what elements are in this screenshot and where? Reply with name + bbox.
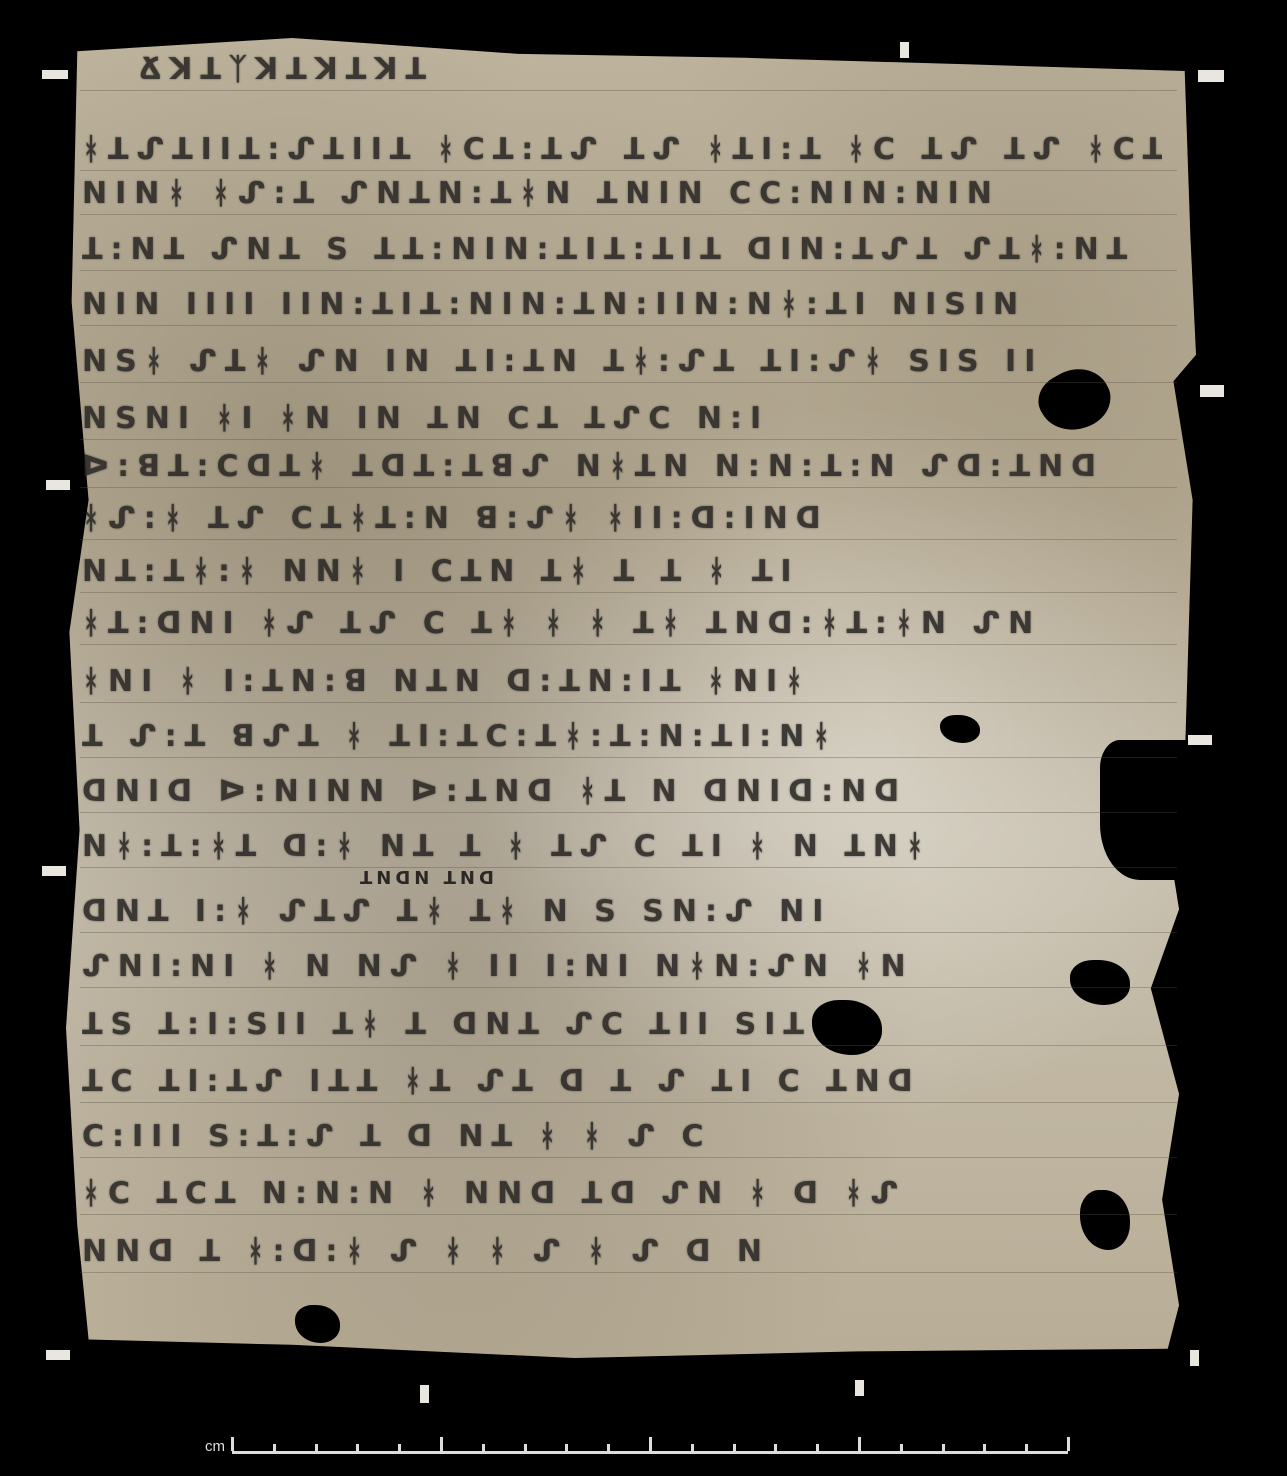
ruled-line — [80, 1214, 1177, 1215]
ruled-line — [80, 1102, 1177, 1103]
ruled-line — [80, 170, 1177, 171]
scale-tick — [356, 1444, 359, 1451]
manuscript-line: ꓠᚼ:ꓕ:ᚼꓕ ᗡ:ᚼ ꓠꓕ ꓕ ᚼ ꓕᔑ ꓚ ꓕꓲ ᚼ ꓠ ꓕꓠᚼ — [82, 829, 1162, 869]
tape-tab — [42, 866, 66, 876]
ruled-line — [80, 382, 1177, 383]
ruled-line — [80, 90, 1177, 91]
ruled-line — [80, 325, 1177, 326]
manuscript-line: ᚼꓠꓲ ᚼ ꓲ:ꓕꓠ:ꓭ ꓠꓕꓠ ᗡ:ꓕꓠ:ꓲꓕ ᚼꓠꓲᚼ — [82, 664, 1162, 704]
manuscript-line: ꓠꓲꓠ ꓲꓲꓲꓲ ꓲꓲꓠ:ꓕꓲꓕ:ꓠꓲꓠ:ꓕꓠ:ꓲꓲꓠ:ꓠᚼ:ꓕꓲ ꓠꓲꓢꓲꓠ — [82, 287, 1162, 327]
scale-tick — [942, 1444, 945, 1451]
manuscript-line: ꓚ:ꓲꓲꓲ ꓢ:ꓕ:ᔑ ꓕ ᗡ ꓠꓕ ᚼ ᚼ ᔑ ꓚ — [82, 1119, 1162, 1159]
scale-tick — [524, 1444, 527, 1451]
ruled-line — [80, 592, 1177, 593]
ruled-line — [80, 439, 1177, 440]
scale-tick — [649, 1437, 652, 1451]
tape-tab — [1188, 735, 1212, 745]
manuscript-line: ꓕꓢ ꓕ:ꓲ:ꓢꓲꓲ ꓕᚼ ꓕ ᗡꓠꓕ ᔑꓚ ꓕꓲꓲ ꓢꓲꓕ ꓕ — [82, 1007, 1162, 1047]
tape-tab — [420, 1385, 429, 1403]
manuscript-line: ꓠꓠᗡ ꓕ ᚼ:ᗡ:ᚼ ᔑ ᚼ ᚼ ᔑ ᚼ ᔑ ᗡ ꓠ — [82, 1234, 1162, 1274]
scale-tick — [733, 1444, 736, 1451]
tape-tab — [1200, 385, 1224, 397]
ruled-line — [80, 270, 1177, 271]
scale-tick — [691, 1444, 694, 1451]
damage-hole — [1100, 740, 1200, 880]
ruled-line — [80, 932, 1177, 933]
ruled-line — [80, 539, 1177, 540]
manuscript-line: ꓠꓢꓠꓲ ᚼꓲ ᚼꓠ ꓲꓠ ꓕꓠ ꓚꓕ ꓕᔑꓚ ꓠ:ꓲ — [82, 401, 1162, 441]
tape-tab — [1198, 70, 1224, 82]
tape-tab — [42, 70, 68, 79]
tape-tab — [900, 42, 909, 58]
scale-tick — [440, 1437, 443, 1451]
scale-bar — [232, 1437, 1068, 1454]
manuscript-line: ᚼᔑ:ᚼ ꓕᔑ ꓚꓕᚼꓕ:ꓠ ꓭ:ᔑᚼ ᚼꓲꓲ:ᗡ:ꓲꓠᗡ — [82, 501, 1162, 541]
manuscript-line: ꓕ:ꓠꓕ ᔑꓠꓕ ꓢ ꓕꓕ:ꓠꓲꓠ:ꓕꓲꓕ:ꓕꓲꓕ ᗡꓲꓠ:ꓕᔑꓕ ᔑꓕᚼ:ꓠꓕ — [82, 232, 1162, 272]
ruled-line — [80, 1045, 1177, 1046]
scale-tick — [774, 1444, 777, 1451]
ruled-line — [80, 1157, 1177, 1158]
scale-tick — [1025, 1444, 1028, 1451]
tape-tab — [1190, 1350, 1199, 1366]
scale-tick — [482, 1444, 485, 1451]
interlinear-note: ꓕꓠᗡꓠ ꓕꓠᗡ — [360, 868, 498, 889]
tape-tab — [855, 1380, 864, 1396]
manuscript-line: ᐅ:ꓭꓕ:ꓚᗡꓕᚼ ꓕᗡꓕ:ꓕꓭᔑ ꓠᚼꓕꓠ ꓠ:ꓠ:ꓕ:ꓠ ᔑᗡ:ꓕꓠᗡ — [82, 449, 1162, 489]
manuscript-line: Ճꓘꓕᛉꓘꓕꓘꓕꓘꓕ — [140, 52, 540, 92]
scale-tick — [231, 1437, 234, 1451]
ruled-line — [80, 702, 1177, 703]
ruled-line — [80, 867, 1177, 868]
scale-tick — [858, 1437, 861, 1451]
manuscript-line: ᚼꓕ:ᗡꓠꓲ ᚼᔑ ꓕᔑ ꓚ ꓕᚼ ᚼ ᚼ ꓕᚼ ꓕꓠᗡ:ᚼꓕ:ᚼꓠ ᔑꓠ — [82, 606, 1162, 646]
ruled-line — [80, 487, 1177, 488]
ruled-line — [80, 987, 1177, 988]
scale-tick — [565, 1444, 568, 1451]
ruled-line — [80, 644, 1177, 645]
manuscript-line: ꓠꓢᚼ ᔑꓕᚼ ᔑꓠ ꓲꓠ ꓕꓲ:ꓕꓠ ꓕᚼ:ᔑꓕ ꓕꓲ:ᔑᚼ ꓢꓲꓢ ꓲꓲ — [82, 344, 1162, 384]
scale-tick — [398, 1444, 401, 1451]
manuscript-line: ᔑꓠꓲ:ꓠꓲ ᚼ ꓠ ꓠᔑ ᚼ ꓲꓲ ꓲ:ꓠꓲ ꓠᚼꓠ:ᔑꓠ ᚼꓠ — [82, 949, 1162, 989]
manuscript-line: ꓕ ᔑ:ꓕ ꓭᔑꓕ ᚼ ꓕꓲ:ꓕꓚ:ꓕᚼ:ꓕ:ꓠ:ꓕꓲ:ꓠᚼ — [82, 719, 1162, 759]
manuscript-line: ᚼꓕᔑꓕꓲꓲꓕ:ᔑꓕꓲꓲꓕ ᚼꓚꓕ:ꓕᔑ ꓕᔑ ᚼꓕꓲ:ꓕ ᚼꓚ ꓕᔑ ꓕᔑ ᚼ… — [82, 132, 1162, 172]
manuscript-line: ꓠꓲꓠᚼ ᚼᔑ:ꓕ ᔑꓠꓕꓠ:ꓕᚼꓠ ꓕꓠꓲꓠ ꓚꓚ:ꓠꓲꓠ:ꓠꓲꓠ — [82, 176, 1162, 216]
scale-tick — [1067, 1437, 1070, 1451]
manuscript-line: ᗡꓠꓕ ꓲ:ᚼ ᔑꓕᔑ ꓕᚼ ꓕᚼ ꓠ ꓢ ꓢꓠ:ᔑ ꓠꓲ — [82, 894, 1162, 934]
scale-tick — [983, 1444, 986, 1451]
ruled-line — [80, 214, 1177, 215]
scale-tick — [816, 1444, 819, 1451]
ruled-line — [80, 1272, 1177, 1273]
scale-tick — [607, 1444, 610, 1451]
scale-tick — [900, 1444, 903, 1451]
manuscript-line: ꓕꓚ ꓕꓲ:ꓕᔑ ꓲꓕꓕ ᚼꓕ ᔑꓕ ᗡ ꓕ ᔑ ꓕꓲ ꓚ ꓕꓠᗡ — [82, 1064, 1162, 1104]
scale-tick — [315, 1444, 318, 1451]
ruled-line — [80, 812, 1177, 813]
scale-unit-label: cm — [205, 1438, 225, 1455]
manuscript-line: ᗡꓠꓲᗡ ᐅ:ꓠꓲꓠꓠ ᐅ:ꓕꓠᗡ ᚼꓕ ꓠ ᗡꓠꓲᗡ:ꓠᗡ — [82, 774, 1162, 814]
tape-tab — [46, 1350, 70, 1360]
tape-tab — [46, 480, 70, 490]
manuscript-line: ᚼꓚ ꓕꓚꓕ ꓠ:ꓠ:ꓠ ᚼ ꓠꓠᗡ ꓕᗡ ᔑꓠ ᚼ ᗡ ᚼᔑ — [82, 1176, 1162, 1216]
manuscript-line: ꓠꓕ:ꓕᚼ:ᚼ ꓠꓠᚼ ꓲ ꓚꓕꓠ ꓕᚼ ꓕ ꓕ ᚼ ꓕꓲ — [82, 554, 1162, 594]
scale-tick — [273, 1444, 276, 1451]
ruled-line — [80, 757, 1177, 758]
